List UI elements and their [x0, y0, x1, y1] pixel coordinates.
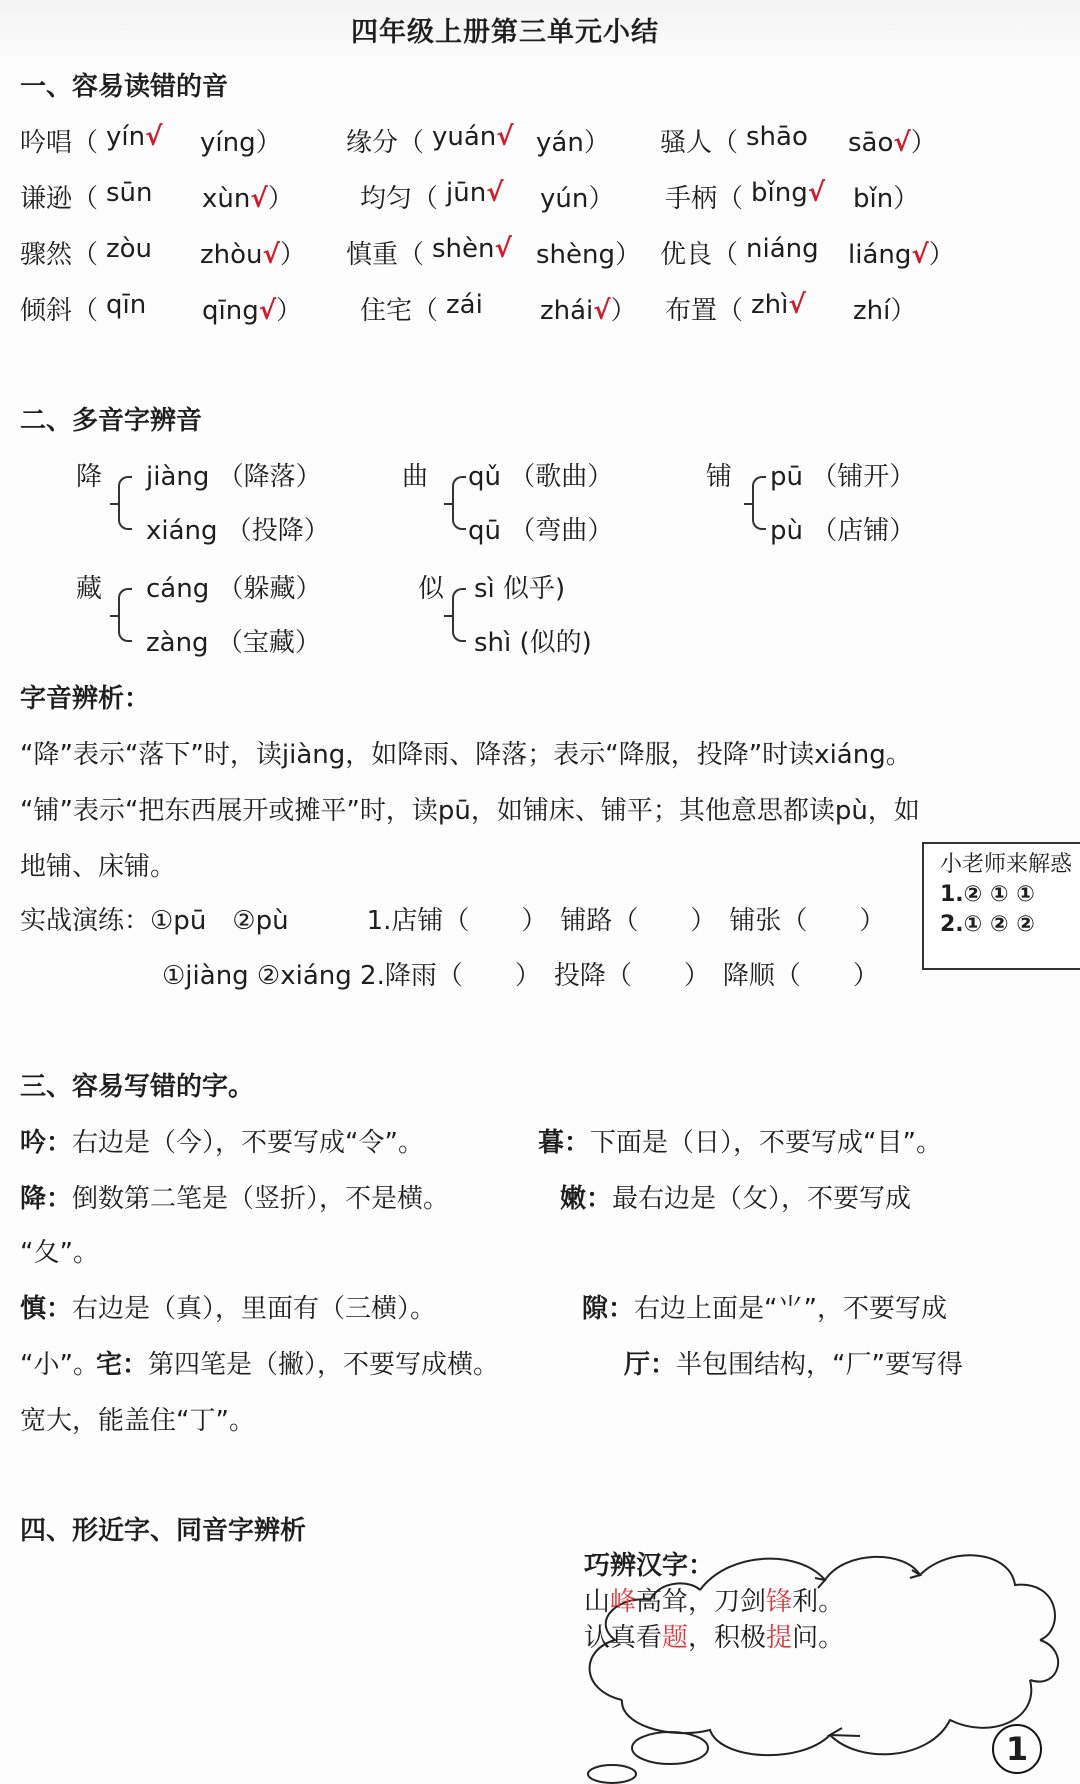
note-text: 右边是（真），里面有（三横）。 [72, 1294, 436, 1324]
pinyin-option-b: yán） [536, 122, 610, 159]
pinyin-text: shèng [536, 240, 615, 270]
pinyin-text: niáng [746, 234, 819, 264]
answer-title: 小老师来解惑 [940, 850, 1080, 880]
pinyin-text: liáng [848, 240, 911, 270]
close-paren: ） [280, 240, 306, 270]
pinyin-text: yán [536, 128, 584, 158]
analysis-heading: 字音辨析： [20, 678, 150, 715]
check-mark-icon: √ [893, 128, 910, 158]
pinyin-text: yín [106, 122, 145, 152]
polyphone-char: 铺 [706, 456, 732, 493]
cloud-text: 高耸，刀剑 [636, 1587, 766, 1617]
page-number: 1 [992, 1724, 1042, 1774]
writing-note: “小”。 [20, 1344, 99, 1381]
writing-note: 厅：半包围结构，“厂”要写得 [624, 1344, 963, 1381]
check-mark-icon: √ [263, 240, 280, 270]
polyphone-char: 曲 [402, 456, 428, 493]
pinyin-option-a: zòu [106, 234, 152, 264]
close-paren: ） [256, 128, 282, 158]
close-paren: ） [890, 296, 916, 326]
note-char: 吟： [20, 1128, 72, 1158]
pinyin-option-b: yíng） [200, 122, 282, 159]
cloud-line-1: 山峰高耸，刀剑锋利。 [584, 1584, 844, 1620]
analysis-line: “降”表示“落下”时，读jiàng，如降雨、降落；表示“降服，投降”时读xián… [20, 734, 912, 771]
pinyin-text: xùn [202, 184, 250, 214]
brace-icon [452, 476, 466, 530]
note-char: 嫩： [560, 1184, 612, 1214]
pinyin-option-b: liáng√） [848, 234, 955, 271]
check-mark-icon: √ [788, 290, 805, 320]
pinyin-text: shāo [746, 122, 808, 152]
cloud-text: ，积极 [688, 1623, 766, 1653]
reading-2: zàng （宝藏） [146, 622, 321, 659]
pinyin-text: bǐn [853, 184, 893, 214]
pinyin-text: zhí [853, 296, 890, 326]
reading-1: pū （铺开） [770, 456, 915, 493]
pinyin-text: yuán [432, 122, 496, 152]
check-mark-icon: √ [496, 122, 513, 152]
pinyin-option-b: xùn√） [202, 178, 294, 215]
writing-note: 慎：右边是（真），里面有（三横）。 [20, 1288, 436, 1325]
pinyin-text: zhì [751, 290, 788, 320]
pinyin-text: zòu [106, 234, 152, 264]
pinyin-option-b: yún） [540, 178, 614, 215]
brace-icon [118, 588, 132, 642]
pinyin-word: 缘分（ [346, 122, 424, 159]
cloud-text: 山 [584, 1587, 610, 1617]
pinyin-option-b: qīng√） [202, 290, 302, 327]
answer-box: 小老师来解惑 1.② ① ① 2.① ② ② [922, 842, 1080, 970]
pinyin-option-a: sūn [106, 178, 153, 208]
answer-line: 1.② ① ① [940, 880, 1080, 910]
pinyin-text: qīng [202, 296, 259, 326]
pinyin-text: bǐng [751, 178, 808, 208]
pinyin-word: 倾斜（ [20, 290, 98, 327]
pinyin-option-b: zhòu√） [200, 234, 306, 271]
pinyin-text: zhái [540, 296, 593, 326]
reading-2: pù （店铺） [770, 510, 915, 547]
highlighted-char: 题 [662, 1623, 688, 1653]
pinyin-option-a: qīn [106, 290, 146, 320]
check-mark-icon: √ [593, 296, 610, 326]
highlighted-char: 锋 [766, 1587, 792, 1617]
analysis-line: “铺”表示“把东西展开或摊平”时，读pū，如铺床、铺平；其他意思都读pù，如 [20, 790, 920, 827]
cloud-text: 问。 [792, 1623, 844, 1653]
close-paren: ） [611, 296, 637, 326]
writing-note: 吟：右边是（今），不要写成“令”。 [20, 1122, 424, 1159]
pinyin-text: shèn [432, 234, 495, 264]
pinyin-text: yún [540, 184, 588, 214]
pinyin-text: sūn [106, 178, 153, 208]
polyphone-char: 似 [418, 568, 444, 605]
pinyin-word: 手柄（ [665, 178, 743, 215]
pinyin-option-a: bǐng√ [751, 178, 825, 208]
pinyin-option-a: zhì√ [751, 290, 806, 320]
pinyin-option-b: sāo√） [848, 122, 937, 159]
writing-note: 暮：下面是（日），不要写成“目”。 [538, 1122, 942, 1159]
reading-2: xiáng （投降） [146, 510, 330, 547]
reading-1: qǔ （歌曲） [468, 456, 613, 493]
polyphone-char: 藏 [76, 568, 102, 605]
close-paren: ） [911, 128, 937, 158]
section4-heading: 四、形近字、同音字辨析 [20, 1510, 306, 1547]
pinyin-text: zhòu [200, 240, 263, 270]
cloud-title: 巧辨汉字： [584, 1548, 844, 1584]
close-paren: ） [268, 184, 294, 214]
check-mark-icon: √ [145, 122, 162, 152]
note-text: 半包围结构，“厂”要写得 [676, 1350, 963, 1380]
note-char: 宅： [96, 1350, 148, 1380]
pinyin-option-a: jūn√ [446, 178, 504, 208]
pinyin-text: jūn [446, 178, 486, 208]
brace-icon [118, 476, 132, 530]
note-text: 倒数第二笔是（竖折），不是横。 [72, 1184, 449, 1214]
section1-heading: 一、容易读错的音 [20, 66, 228, 103]
note-text: 最右边是（攵），不要写成 [612, 1184, 911, 1214]
page-title: 四年级上册第三单元小结 [0, 10, 1010, 49]
section2-heading: 二、多音字辨音 [20, 400, 202, 437]
cloud-text: 利。 [792, 1587, 844, 1617]
writing-note: 宽大，能盖住“丁”。 [20, 1400, 255, 1437]
check-mark-icon: √ [486, 178, 503, 208]
note-text: 第四笔是（撇），不要写成横。 [148, 1350, 499, 1380]
check-mark-icon: √ [808, 178, 825, 208]
pinyin-text: zái [446, 290, 483, 320]
close-paren: ） [893, 184, 919, 214]
check-mark-icon: √ [259, 296, 276, 326]
note-char: 慎： [20, 1294, 72, 1324]
highlighted-char: 峰 [610, 1587, 636, 1617]
reading-1: cáng （躲藏） [146, 568, 321, 605]
cloud-line-2: 认真看题，积极提问。 [584, 1620, 844, 1656]
pinyin-option-a: yín√ [106, 122, 162, 152]
note-text: “夂”。 [20, 1238, 99, 1268]
pinyin-option-a: shāo [746, 122, 808, 152]
writing-note: “夂”。 [20, 1232, 99, 1269]
writing-note: 宅：第四笔是（撇），不要写成横。 [96, 1344, 499, 1381]
close-paren: ） [929, 240, 955, 270]
close-paren: ） [615, 240, 641, 270]
pinyin-option-a: yuán√ [432, 122, 514, 152]
note-text: “小”。 [20, 1350, 99, 1380]
answer-line: 2.① ② ② [940, 910, 1080, 940]
highlighted-char: 提 [766, 1623, 792, 1653]
pinyin-word: 骤然（ [20, 234, 98, 271]
pinyin-word: 吟唱（ [20, 122, 98, 159]
pinyin-text: sāo [848, 128, 893, 158]
note-char: 厅： [624, 1350, 676, 1380]
pinyin-word: 均匀（ [360, 178, 438, 215]
reading-1: sì 似乎) [474, 568, 565, 605]
practice-line: ①jiàng ②xiáng 2.降雨（ ） 投降（ ） 降顺（ ） [162, 955, 879, 992]
close-paren: ） [276, 296, 302, 326]
note-text: 宽大，能盖住“丁”。 [20, 1406, 255, 1436]
pinyin-word: 慎重（ [346, 234, 424, 271]
note-char: 降： [20, 1184, 72, 1214]
pinyin-option-b: bǐn） [853, 178, 919, 215]
cloud-content: 巧辨汉字： 山峰高耸，刀剑锋利。 认真看题，积极提问。 [584, 1548, 844, 1656]
analysis-line: 地铺、床铺。 [20, 846, 176, 883]
note-text: 右边是（今），不要写成“令”。 [72, 1128, 424, 1158]
note-text: 右边上面是“⺌”，不要写成 [634, 1294, 947, 1324]
pinyin-word: 骚人（ [660, 122, 738, 159]
writing-note: 嫩：最右边是（攵），不要写成 [560, 1178, 911, 1215]
section3-heading: 三、容易写错的字。 [20, 1066, 254, 1103]
pinyin-option-b: shèng） [536, 234, 641, 271]
reading-2: qū （弯曲） [468, 510, 613, 547]
pinyin-option-a: niáng [746, 234, 819, 264]
pinyin-word: 优良（ [660, 234, 738, 271]
note-text: 下面是（日），不要写成“目”。 [590, 1128, 942, 1158]
pinyin-option-b: zhái√） [540, 290, 637, 327]
brace-icon [752, 476, 766, 530]
polyphone-char: 降 [76, 456, 102, 493]
pinyin-word: 布置（ [665, 290, 743, 327]
pinyin-word: 住宅（ [360, 290, 438, 327]
pinyin-option-a: zái [446, 290, 483, 320]
pinyin-word: 谦逊（ [20, 178, 98, 215]
practice-line: 实战演练：①pū ②pù 1.店铺（ ） 铺路（ ） 铺张（ ） [20, 900, 885, 937]
check-mark-icon: √ [911, 240, 928, 270]
pinyin-option-b: zhí） [853, 290, 916, 327]
pinyin-option-a: shèn√ [432, 234, 512, 264]
brace-icon [452, 588, 466, 642]
note-char: 暮： [538, 1128, 590, 1158]
close-paren: ） [588, 184, 614, 214]
writing-note: 隙：右边上面是“⺌”，不要写成 [582, 1288, 947, 1325]
check-mark-icon: √ [495, 234, 512, 264]
reading-2: shì (似的) [474, 622, 592, 659]
close-paren: ） [584, 128, 610, 158]
pinyin-text: yíng [200, 128, 256, 158]
note-char: 隙： [582, 1294, 634, 1324]
cloud-text: 认真看 [584, 1623, 662, 1653]
check-mark-icon: √ [250, 184, 267, 214]
reading-1: jiàng （降落） [146, 456, 322, 493]
writing-note: 降：倒数第二笔是（竖折），不是横。 [20, 1178, 449, 1215]
pinyin-text: qīn [106, 290, 146, 320]
